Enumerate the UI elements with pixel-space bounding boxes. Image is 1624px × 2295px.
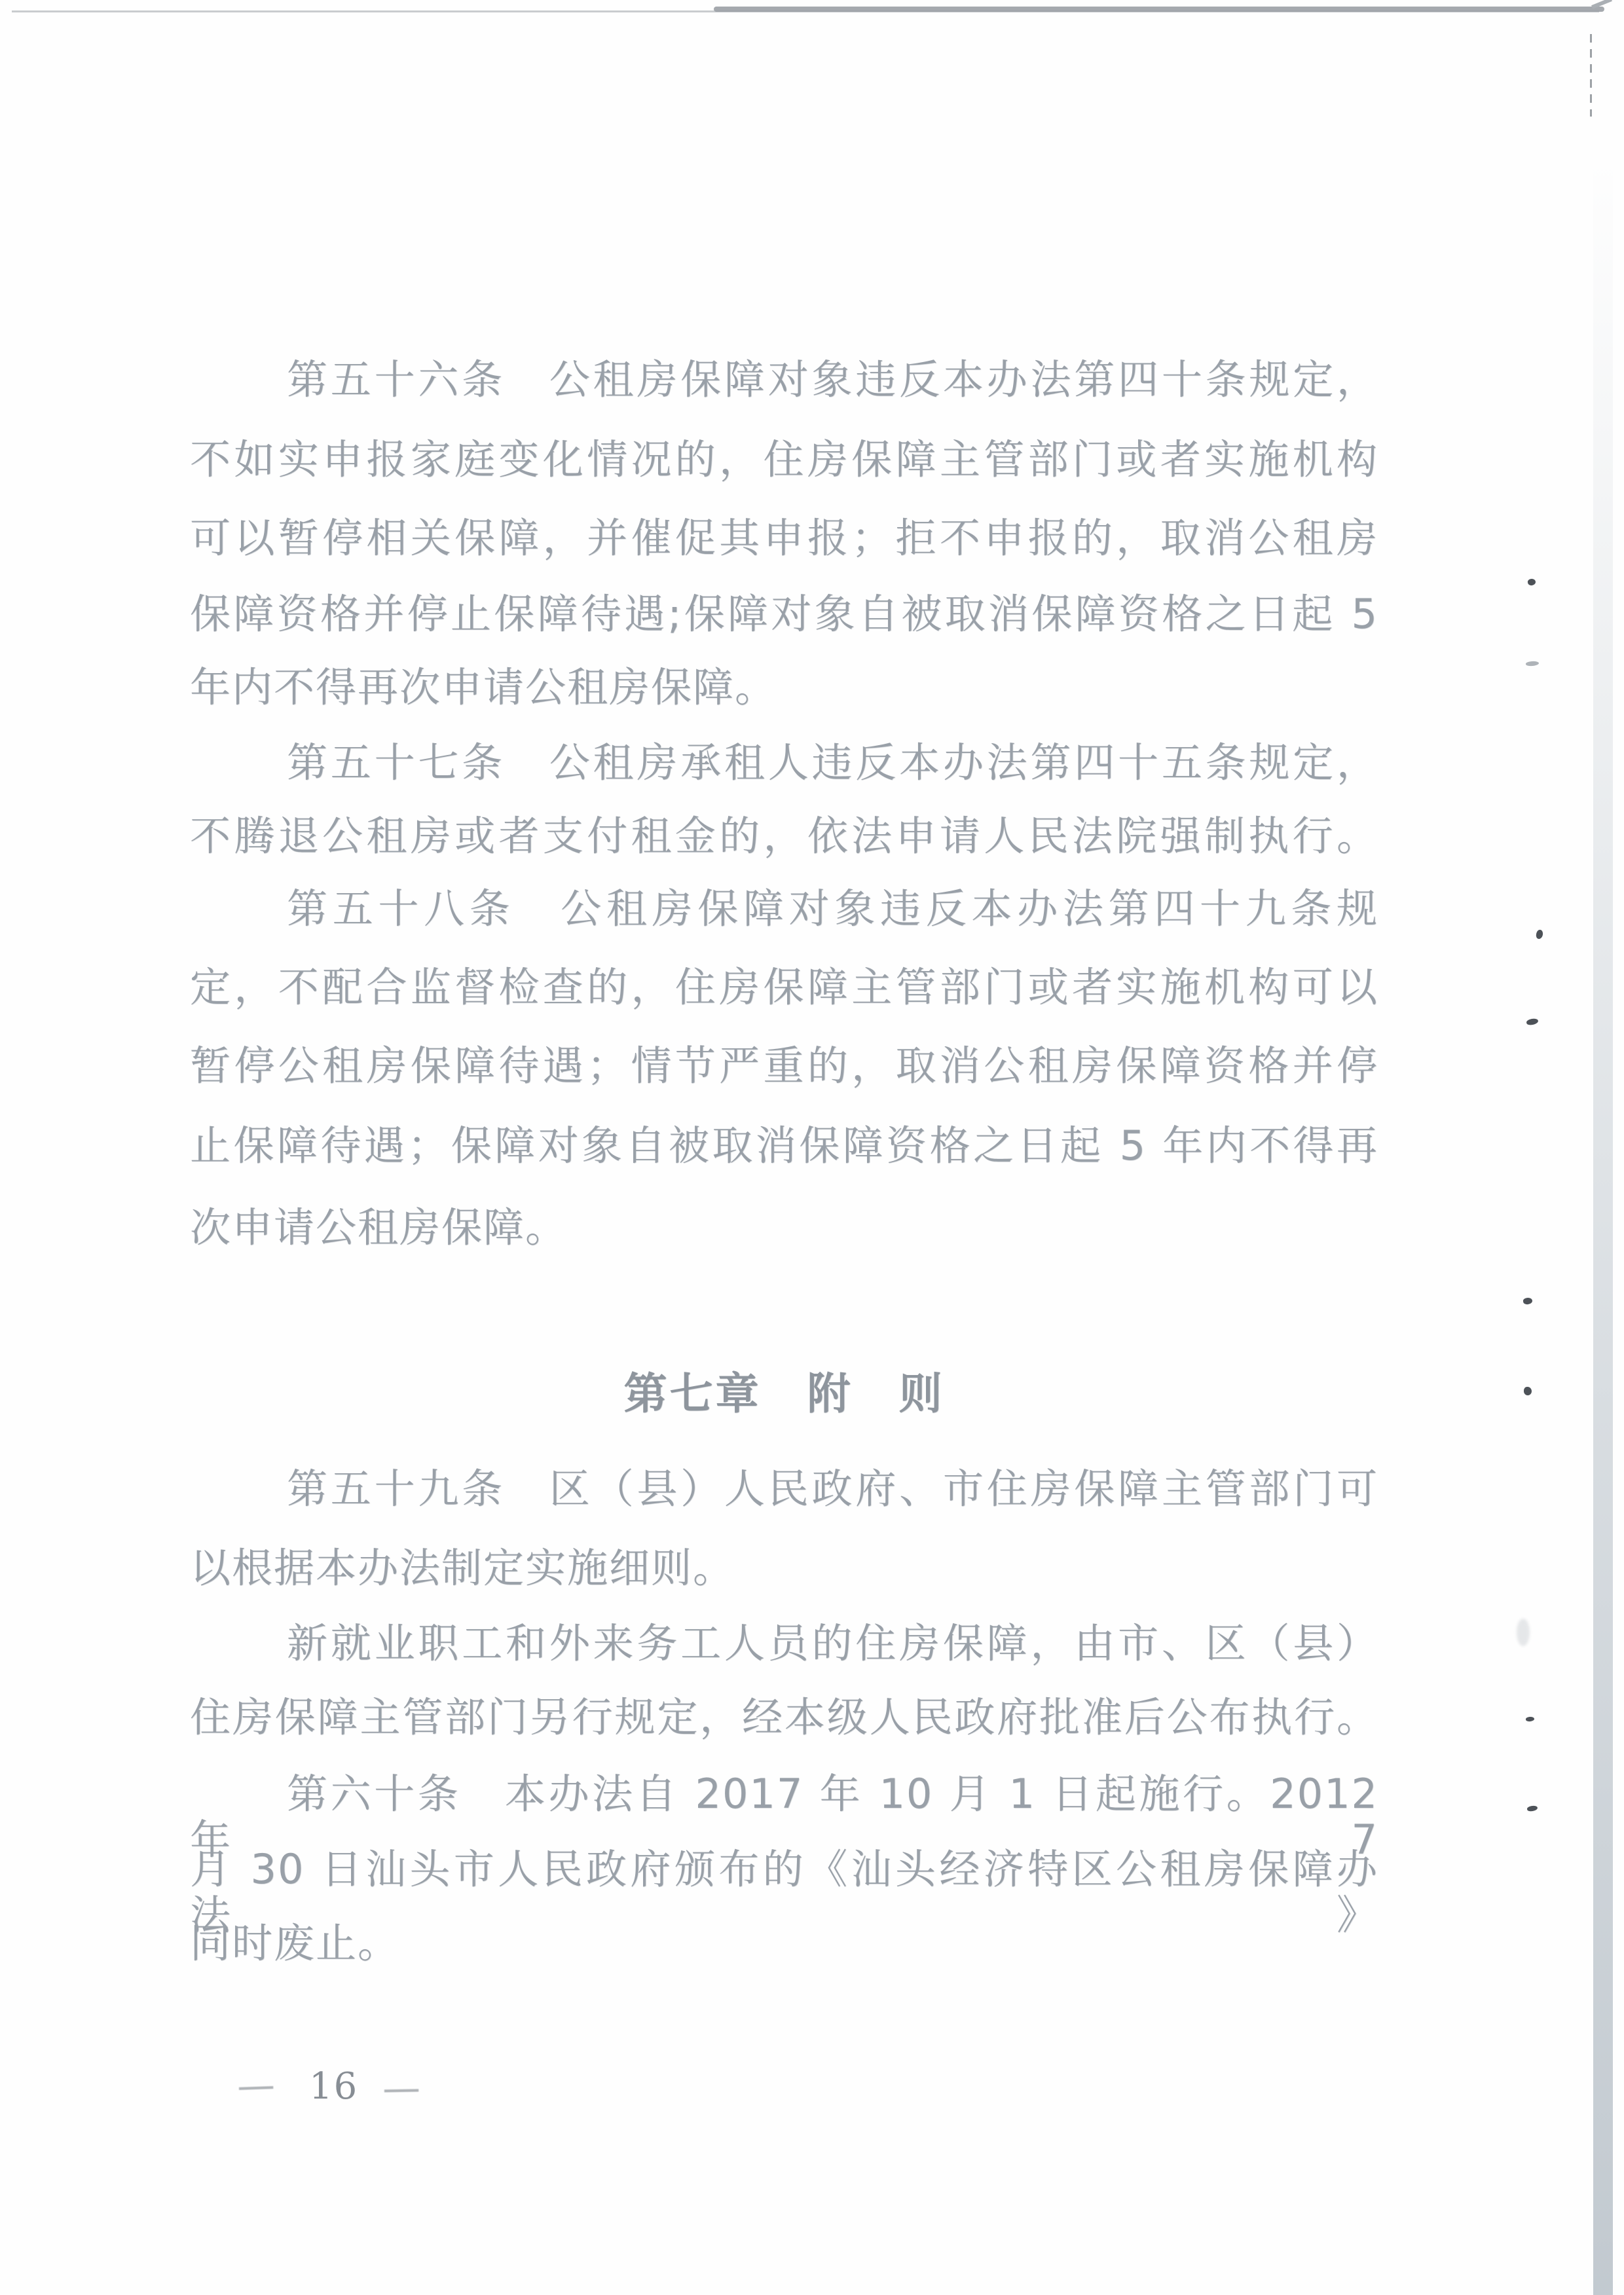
text-line: 同时废止。 [190,1920,1378,1966]
page-number-right-dash: — [382,2068,420,2107]
chapter-heading: 第七章 附 则 [190,1370,1378,1418]
text-line: 次申请公租房保障。 [190,1205,1378,1251]
text-line: 第五十九条 区（县）人民政府、市住房保障主管部门可 [190,1466,1378,1512]
text-line: 暂停公租房保障待遇；情节严重的，取消公租房保障资格并停 [190,1043,1378,1089]
text-line: 不如实申报家庭变化情况的，住房保障主管部门或者实施机构 [190,437,1378,483]
text-line: 不腾退公租房或者支付租金的，依法申请人民法院强制执行。 [190,813,1378,859]
document-text-block: 第五十六条 公租房保障对象违反本办法第四十条规定， 不如实申报家庭变化情况的，住… [0,0,1624,2295]
text-line: 定，不配合监督检查的，住房保障主管部门或者实施机构可以 [190,964,1378,1010]
text-line: 可以暂停相关保障，并催促其申报；拒不申报的，取消公租房 [190,515,1378,561]
text-line: 年内不得再次申请公租房保障。 [190,665,1378,710]
text-line: 第五十八条 公租房保障对象违反本办法第四十九条规 [190,886,1378,932]
page-number-left-dash: — [236,2066,276,2105]
page-number: 16 [309,2066,358,2107]
text-line: 保障资格并停止保障待遇;保障对象自被取消保障资格之日起 5 [190,591,1378,637]
text-line: 第五十七条 公租房承租人违反本办法第四十五条规定， [190,740,1378,786]
text-line: 以根据本办法制定实施细则。 [190,1545,1378,1591]
text-line: 新就业职工和外来务工人员的住房保障，由市、区（县） [190,1621,1378,1666]
scanned-document-page: 第五十六条 公租房保障对象违反本办法第四十条规定， 不如实申报家庭变化情况的，住… [0,0,1624,2295]
text-line: 住房保障主管部门另行规定，经本级人民政府批准后公布执行。 [190,1695,1378,1740]
text-line: 止保障待遇；保障对象自被取消保障资格之日起 5 年内不得再 [190,1123,1378,1169]
text-line: 第五十六条 公租房保障对象违反本办法第四十条规定， [190,357,1378,403]
